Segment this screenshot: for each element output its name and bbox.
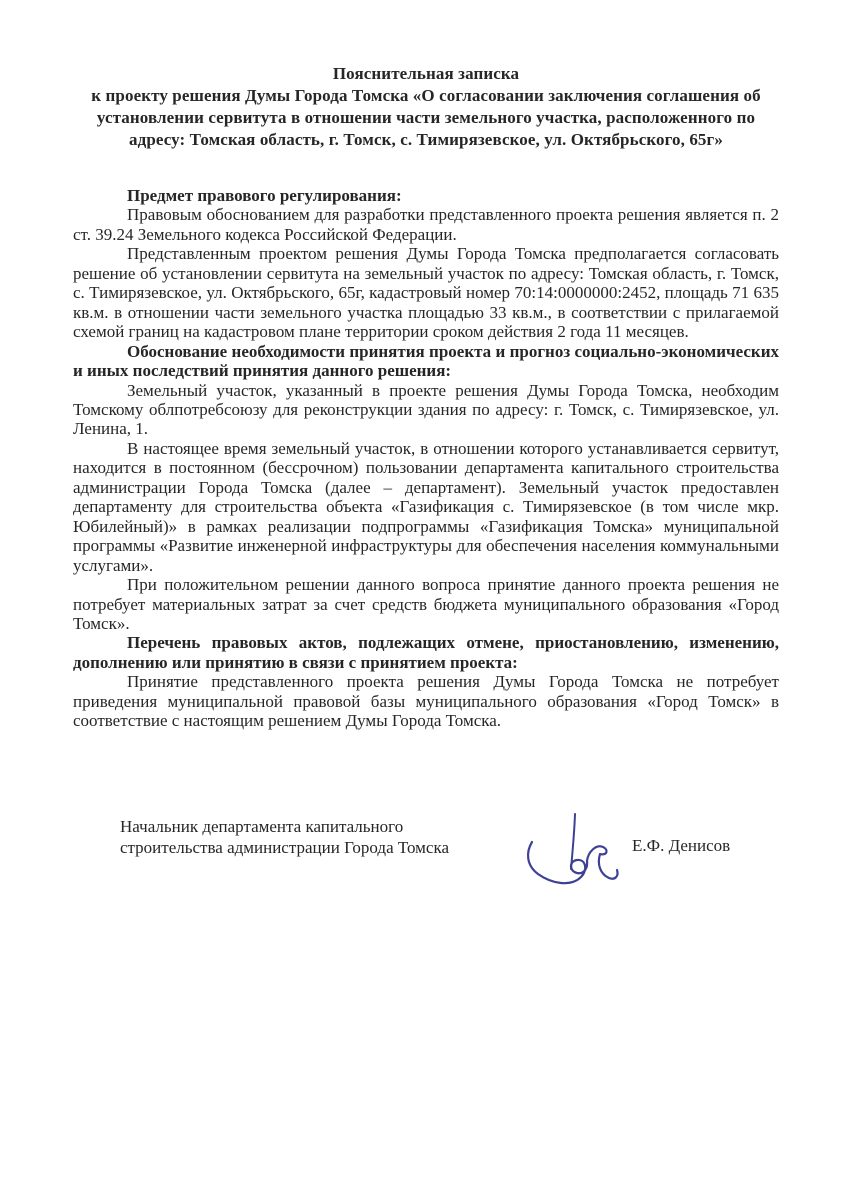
signatory-name: Е.Ф. Денисов xyxy=(632,836,730,857)
title-subject: к проекту решения Думы Города Томска «О … xyxy=(73,85,779,151)
scanned-document-page: Пояснительная записка к проекту решения … xyxy=(0,0,850,1203)
document-title: Пояснительная записка к проекту решения … xyxy=(73,63,779,151)
document-body: Предмет правового регулирования: Правовы… xyxy=(73,186,779,731)
section-heading-justification: Обоснование необходимости принятия проек… xyxy=(73,342,779,381)
handwritten-signature-icon xyxy=(525,805,625,895)
paragraph-budget-impact: При положительном решении данного вопрос… xyxy=(73,575,779,633)
section-heading-acts-list: Перечень правовых актов, подлежащих отме… xyxy=(73,633,779,672)
signature-block: Начальник департамента капитального стро… xyxy=(120,817,800,927)
section-heading-subject: Предмет правового регулирования: xyxy=(73,186,779,205)
paragraph-no-legal-changes: Принятие представленного проекта решения… xyxy=(73,672,779,730)
paragraph-current-use: В настоящее время земельный участок, в о… xyxy=(73,439,779,575)
signatory-position-line1: Начальник департамента капитального xyxy=(120,817,800,838)
paragraph-servitude-details: Представленным проектом решения Думы Гор… xyxy=(73,244,779,341)
paragraph-legal-basis: Правовым обоснованием для разработки пре… xyxy=(73,205,779,244)
paragraph-land-plot-need: Земельный участок, указанный в проекте р… xyxy=(73,381,779,439)
title-line-main: Пояснительная записка xyxy=(73,63,779,85)
